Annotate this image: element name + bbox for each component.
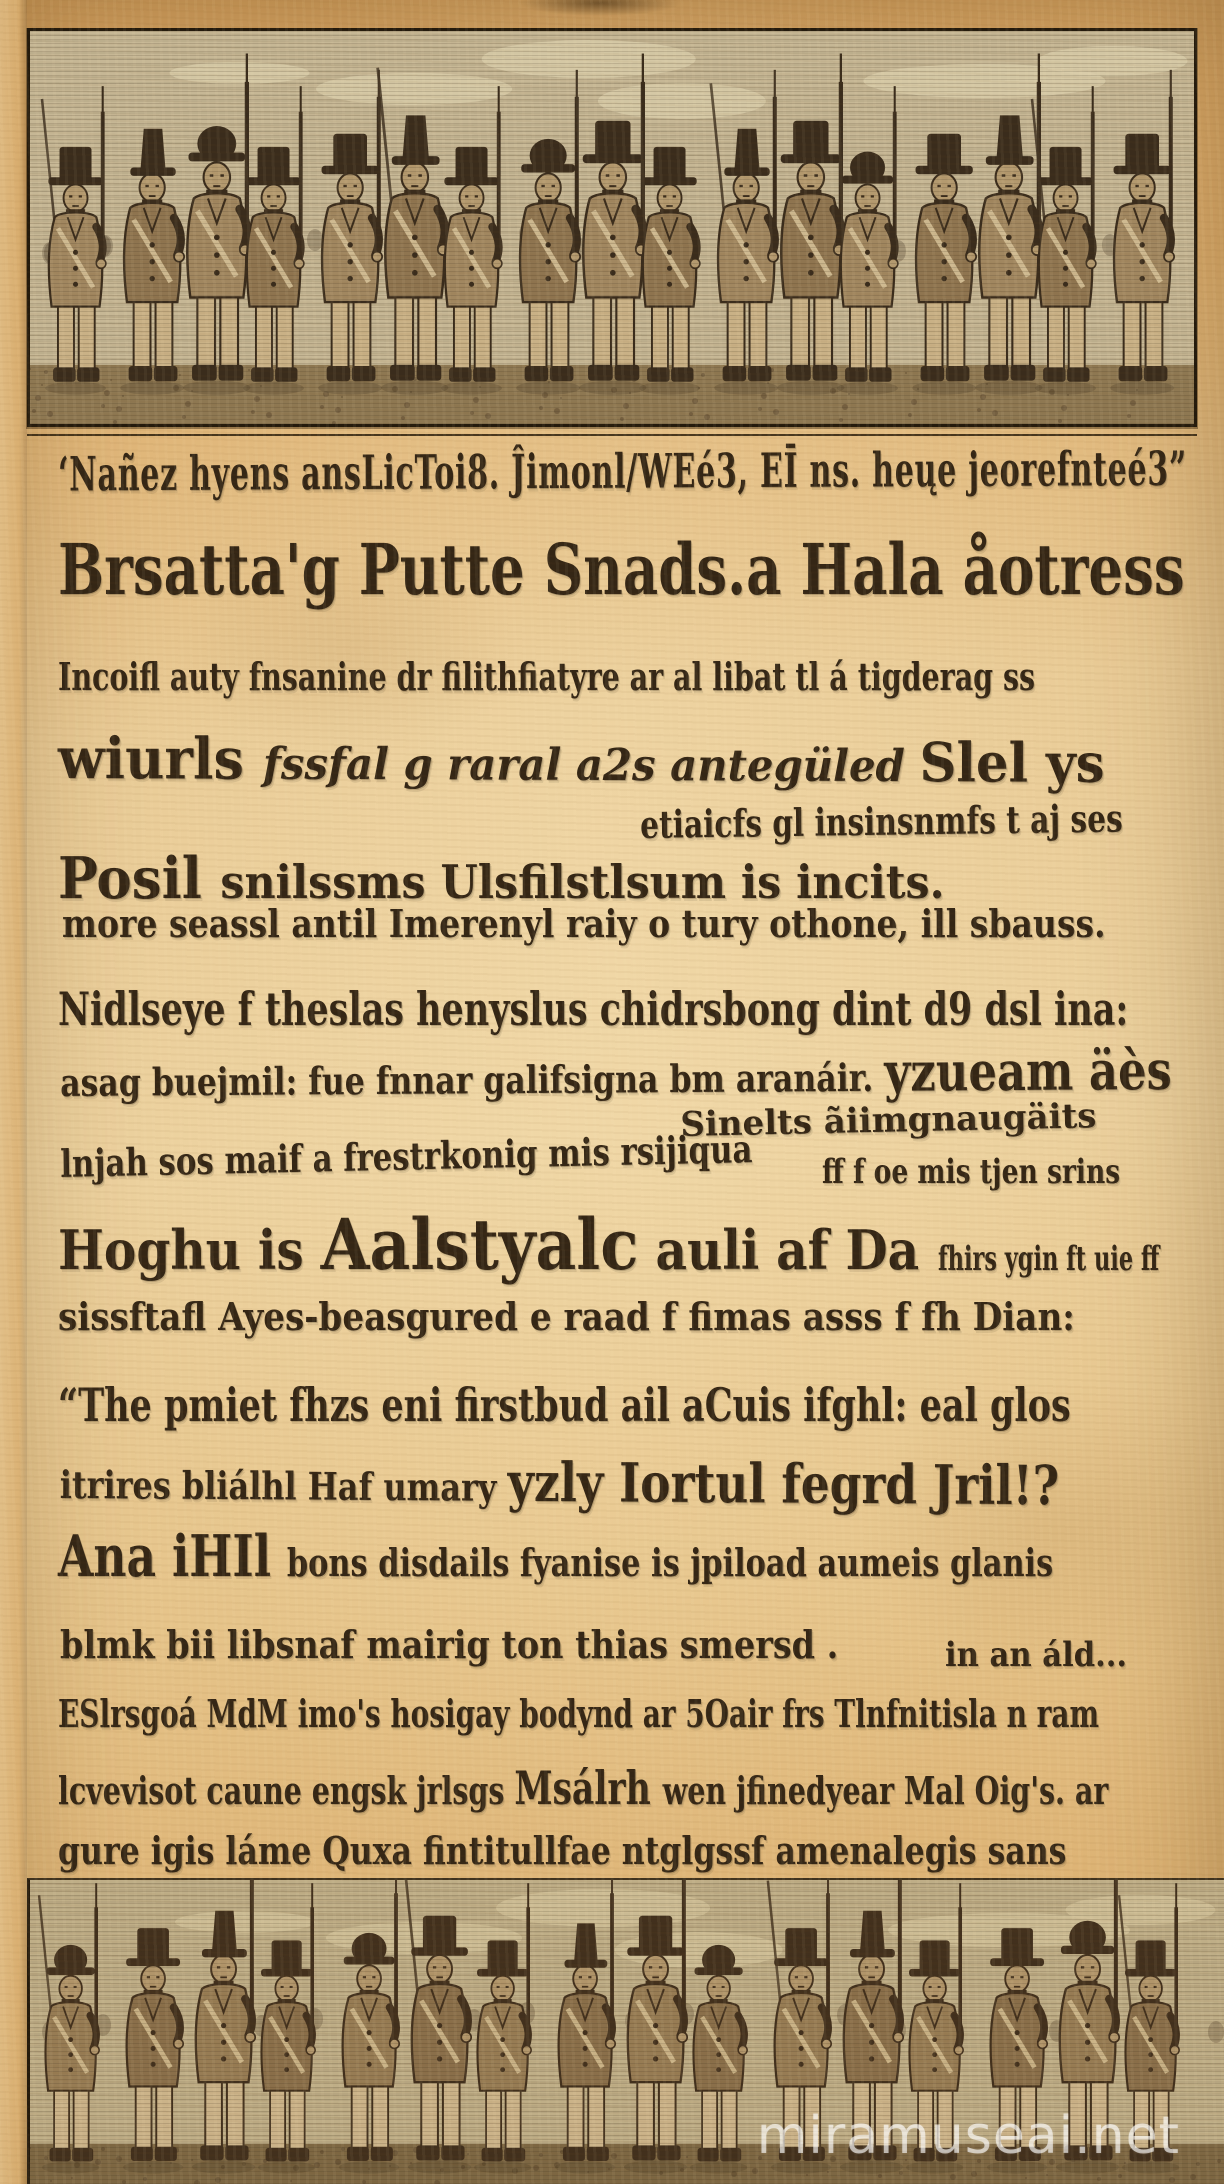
text-segment: Brsatta'g Putte Snads.a Hala åotress [58, 535, 1185, 605]
parchment-page: ʻNañez hyens ansLicToi8. Ĵimonl/WEé3, EĪ… [0, 0, 1224, 2184]
text-segment: ESlrsgoá MdM imo's hosigay bodynd ar 5Oa… [58, 1695, 1099, 1733]
quote-line: ʻNañez hyens ansLicToi8. Ĵimonl/WEé3, EĪ… [58, 446, 1187, 495]
body-line-4: Posil snilssms Ulsfilstlsum is incits. [58, 850, 945, 907]
text-segment: ʻNañez hyens ansLicToi8. Ĵimonl/WEé3, EĪ… [58, 446, 1187, 499]
text-segment: sissftafl Ayes-beasgured e raad f fimas … [58, 1298, 1075, 1336]
text-segment: wiurls [58, 730, 263, 788]
text-segment: Msálrh [514, 1765, 662, 1811]
body-line-5: more seassl antil Imerenyl raiy o tury o… [62, 905, 1106, 943]
document-text: ʻNañez hyens ansLicToi8. Ĵimonl/WEé3, EĪ… [0, 0, 1224, 2184]
text-segment: etiaicfs gl insinsnmfs t aj ses [640, 800, 1123, 844]
text-segment: auli af Da [639, 1223, 920, 1277]
text-segment: snilssms Ulsfilstlsum is incits. [220, 859, 944, 905]
text-segment: asag buejmil: fue fnnar galifsigna bm ar… [60, 1059, 884, 1102]
text-segment: Nidlseye f theslas henyslus chidrsbong d… [58, 986, 1128, 1032]
text-segment: Slel ys [919, 735, 1104, 790]
body-line-14: blmk bii libsnaf mairig ton thias smersd… [60, 1626, 838, 1664]
text-segment: Ana iHIl [58, 1528, 287, 1585]
body-line-16: lcvevisot caune engsk jrlsgs Msálrh wen … [58, 1765, 1108, 1811]
text-segment: yzueam äès [884, 1043, 1172, 1099]
text-segment: gure igis láme Quxa fintitullfae ntglgss… [58, 1832, 1066, 1870]
text-segment: lcvevisot caune engsk jrlsgs [58, 1772, 514, 1810]
body-line-1: Incoifl auty fnsanine dr filithfiatyre a… [58, 658, 1035, 696]
body-line-3: etiaicfs gl insinsnmfs t aj ses [640, 800, 1123, 844]
text-segment: bons disdails fyanise is jpiload aumeis … [287, 1544, 1053, 1582]
text-segment: Hoghu is [58, 1223, 321, 1277]
body-line-7: asag buejmil: fue fnnar galifsigna bm ar… [60, 1043, 1172, 1104]
body-line-8: lnjah sos maif a frestrkonig mis rsijiqu… [60, 1130, 753, 1183]
body-line-12: itrires bliálhl Haf umary yzly Iortul fe… [60, 1452, 1060, 1512]
text-segment: fhirs ygin ft uie ff [938, 1242, 1159, 1276]
body-line-2: wiurls fssfal g raral a2s antegüled Slel… [58, 730, 1105, 791]
text-segment: in an áld... [945, 1638, 1127, 1672]
text-segment: ff f oe mis tjen srins [822, 1155, 1120, 1189]
watermark: miramuseai.net [757, 2106, 1180, 2166]
text-segment: Incoifl auty fnsanine dr filithfiatyre a… [58, 658, 1035, 696]
text-segment: Aalstyalc [321, 1210, 639, 1280]
text-segment: wen jfinedyear Mal Oig's. ar [663, 1772, 1109, 1810]
text-segment: lnjah sos maif a frestrkonig mis rsijiqu… [60, 1130, 753, 1183]
body-line-15: ESlrsgoá MdM imo's hosigay bodynd ar 5Oa… [58, 1695, 1099, 1733]
text-segment: itrires bliálhl Haf umary [60, 1466, 508, 1507]
body-line-17: gure igis láme Quxa fintitullfae ntglgss… [58, 1832, 1066, 1870]
text-segment: fssfal g raral a2s antegüled [263, 743, 920, 789]
body-line-6: Nidlseye f theslas henyslus chidrsbong d… [58, 986, 1128, 1032]
text-segment: yzly Iortul fegrd Jril!? [507, 1455, 1059, 1512]
big-line-right: fhirs ygin ft uie ff [938, 1242, 1159, 1276]
headline: Brsatta'g Putte Snads.a Hala åotress [58, 535, 1185, 605]
body-line-10: sissftafl Ayes-beasgured e raad f fimas … [58, 1298, 1075, 1336]
text-segment: “The pmiet fhzs eni firstbud ail aCuis i… [58, 1382, 1071, 1428]
text-segment: Posil [58, 850, 220, 907]
text-segment: blmk bii libsnaf mairig ton thias smersd… [60, 1626, 838, 1664]
big-line: Hoghu is Aalstyalc auli af Da [58, 1210, 919, 1280]
body-line-9-right: ff f oe mis tjen srins [822, 1155, 1120, 1189]
body-line-11: “The pmiet fhzs eni firstbud ail aCuis i… [58, 1382, 1071, 1428]
body-line-14-right: in an áld... [945, 1638, 1127, 1672]
text-segment: more seassl antil Imerenyl raiy o tury o… [62, 905, 1106, 943]
body-line-13: Ana iHIl bons disdails fyanise is jpiloa… [58, 1528, 1053, 1585]
